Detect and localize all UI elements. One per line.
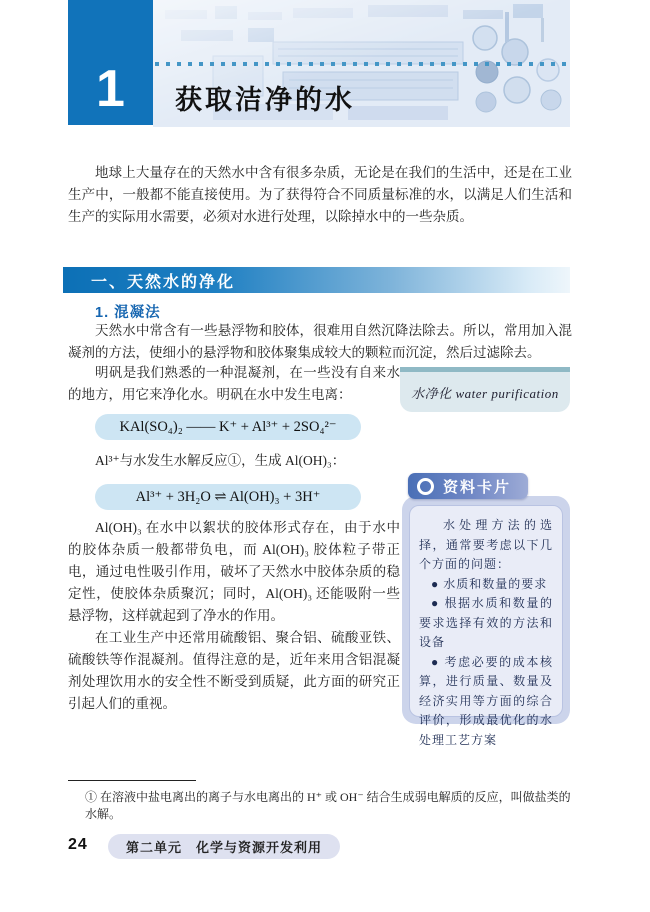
data-card-inner-panel: 水处理方法的选择，通常要考虑以下几个方面的问题： ● 水质和数量的要求 ● 根据…: [409, 505, 563, 717]
unit-label-pill: 第二单元 化学与资源开发利用: [108, 834, 340, 859]
section-heading-bar: 一、天然水的净化: [63, 267, 570, 293]
data-card-intro: 水处理方法的选择，通常要考虑以下几个方面的问题：: [419, 516, 553, 575]
chapter-number: 1: [96, 63, 125, 125]
chapter-number-box: 1: [68, 0, 153, 125]
data-card-body: 水处理方法的选择，通常要考虑以下几个方面的问题： ● 水质和数量的要求 ● 根据…: [402, 496, 570, 724]
equation-box-ionization: KAl(SO₄)₂ —— K⁺ + Al³⁺ + 2SO₄²⁻: [95, 414, 361, 440]
section-title: 一、天然水的净化: [63, 269, 235, 292]
subsection-title: 1. 混凝法: [95, 301, 161, 322]
body-paragraph-alum: 明矾是我们熟悉的一种混凝剂，在一些没有自来水的地方，用它来净化水。明矾在水中发生…: [68, 362, 400, 406]
circle-bullet-icon: [417, 478, 434, 495]
body-paragraph-coagulation: 天然水中常含有一些悬浮物和胶体，很难用自然沉降法除去。所以，常用加入混凝剂的方法…: [68, 320, 572, 364]
footnote-text: ① 在溶液中盐电离出的离子与水电离出的 H⁺ 或 OH⁻ 结合生成弱电解质的反应…: [85, 789, 575, 823]
page-number: 24: [68, 836, 88, 854]
data-card-tab: 资料卡片: [408, 473, 528, 499]
dotted-divider: [155, 62, 570, 66]
data-card-item: ● 根据水质和数量的要求选择有效的方法和设备: [419, 594, 553, 653]
body-paragraph-hydrolysis-lead: Al³⁺与水发生水解反应①，生成 Al(OH)₃：: [68, 450, 400, 472]
equation-ionization: KAl(SO₄)₂ —— K⁺ + Al³⁺ + 2SO₄²⁻: [119, 419, 336, 436]
footnote-rule: [68, 780, 196, 781]
chapter-title: 获取洁净的水: [175, 78, 355, 117]
body-paragraph-colloid: Al(OH)₃ 在水中以絮状的胶体形式存在，由于水中的胶体杂质一般都带负电，而 …: [68, 517, 400, 627]
intro-paragraph: 地球上大量存在的天然水中含有很多杂质，无论是在我们的生活中，还是在工业生产中，一…: [68, 162, 572, 228]
equation-hydrolysis: Al³⁺ + 3H₂O ⇌ Al(OH)₃ + 3H⁺: [136, 489, 321, 506]
data-card-item: ● 水质和数量的要求: [419, 575, 553, 595]
body-paragraph-industry: 在工业生产中还常用硫酸铝、聚合铝、硫酸亚铁、硫酸铁等作混凝剂。值得注意的是，近年…: [68, 627, 400, 715]
vocabulary-term: 水净化 water purification: [400, 372, 570, 412]
textbook-page: 1 获取洁净的水 地球上大量存在的天然水中含有很多杂质，无论是在我们的生活中，还…: [0, 0, 650, 912]
equation-box-hydrolysis: Al³⁺ + 3H₂O ⇌ Al(OH)₃ + 3H⁺: [95, 484, 361, 510]
data-card-item: ● 考虑必要的成本核算，进行质量、数量及经济实用等方面的综合评价，形成最优化的水…: [419, 653, 553, 751]
vocabulary-box: 水净化 water purification: [400, 367, 570, 412]
data-card-title: 资料卡片: [443, 476, 511, 497]
